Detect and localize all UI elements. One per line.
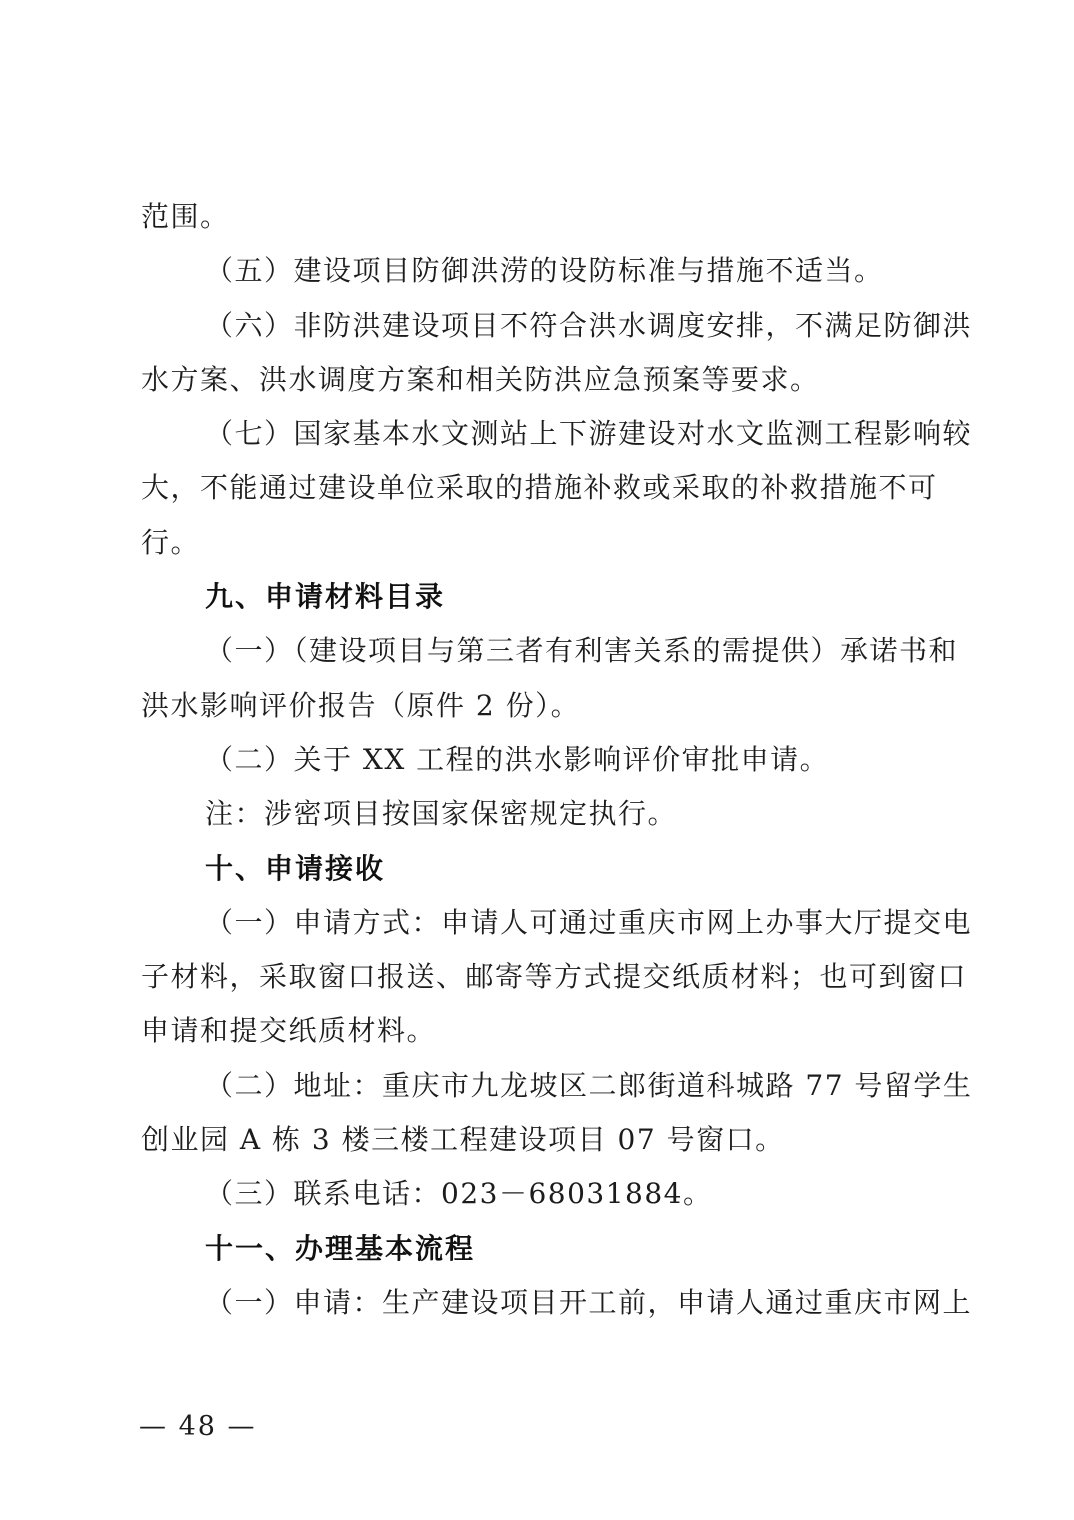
body-text-line: 创业园 A 栋 3 楼三楼工程建设项目 07 号窗口。 [141,1113,941,1167]
body-text-line: （六）非防洪建设项目不符合洪水调度安排，不满足防御洪 [141,299,941,353]
section-heading-application-reception: 十、申请接收 [141,842,941,896]
body-text-line: 行。 [141,516,941,570]
body-text-line: 洪水影响评价报告（原件 2 份）。 [141,679,941,733]
body-text-line: （二）地址：重庆市九龙坡区二郎街道科城路 77 号留学生 [141,1059,941,1113]
body-text-line: （三）联系电话：023－68031884。 [141,1167,941,1221]
body-text-line: 水方案、洪水调度方案和相关防洪应急预案等要求。 [141,353,941,407]
page-number: — 48 — [139,1411,257,1442]
section-heading-basic-process: 十一、办理基本流程 [141,1222,941,1276]
body-text-line: （一）申请方式：申请人可通过重庆市网上办事大厅提交电 [141,896,941,950]
page-footer: — 48 — [139,1400,257,1454]
section-heading-application-materials: 九、申请材料目录 [141,570,941,624]
body-text-line: （一）申请：生产建设项目开工前，申请人通过重庆市网上 [141,1276,941,1330]
body-text-line: （二）关于 XX 工程的洪水影响评价审批申请。 [141,733,941,787]
document-page: 范围。 （五）建设项目防御洪涝的设防标准与措施不适当。 （六）非防洪建设项目不符… [0,0,1074,1520]
body-text-line: 大，不能通过建设单位采取的措施补救或采取的补救措施不可 [141,461,941,515]
body-text-line: （一）（建设项目与第三者有利害关系的需提供）承诺书和 [141,624,941,678]
body-text-line: 注：涉密项目按国家保密规定执行。 [141,787,941,841]
body-text-line: 范围。 [141,190,941,244]
document-body: 范围。 （五）建设项目防御洪涝的设防标准与措施不适当。 （六）非防洪建设项目不符… [141,190,941,1330]
body-text-line: 子材料，采取窗口报送、邮寄等方式提交纸质材料；也可到窗口 [141,950,941,1004]
body-text-line: （五）建设项目防御洪涝的设防标准与措施不适当。 [141,244,941,298]
body-text-line: 申请和提交纸质材料。 [141,1004,941,1058]
body-text-line: （七）国家基本水文测站上下游建设对水文监测工程影响较 [141,407,941,461]
